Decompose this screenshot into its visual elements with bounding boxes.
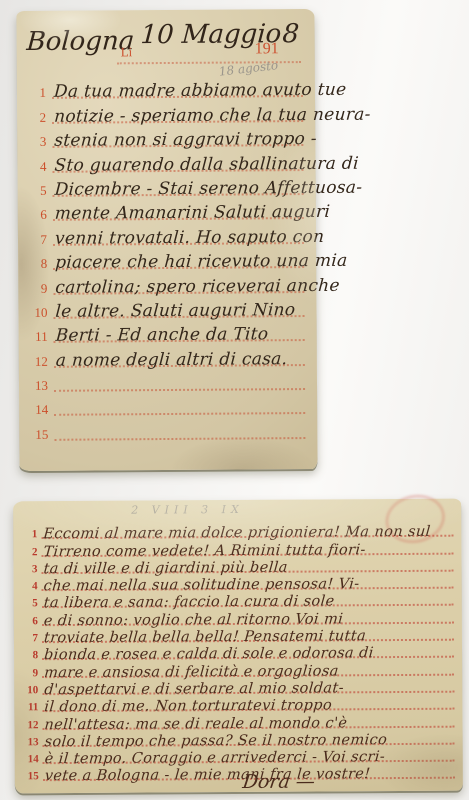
handwritten-text: le altre. Saluti auguri Nino xyxy=(55,300,296,322)
line-number: 11 xyxy=(24,701,38,713)
ruled-line: 7venni trovatali. Ho saputo con xyxy=(30,223,306,249)
ruled-lines-bottom: 1Eccomi al mare mia dolce prigioniera! M… xyxy=(23,522,455,784)
dotted-rule xyxy=(54,413,305,417)
ruled-line: 8piacere che hai ricevuto una mia xyxy=(30,248,306,274)
handwritten-text: venni trovatali. Ho saputo con xyxy=(54,227,325,249)
line-number: 12 xyxy=(31,354,48,370)
line-number: 8 xyxy=(24,650,38,662)
handwritten-text: mente Amanarini Saluti auguri xyxy=(54,202,331,224)
ruled-lines-top: 1Da tua madre abbiamo avuto tue2notizie … xyxy=(29,77,308,445)
ruled-line: 6mente Amanarini Saluti auguri xyxy=(30,199,306,225)
line-number: 1 xyxy=(23,529,37,541)
handwritten-text: piacere che hai ricevuto una mia xyxy=(55,251,349,273)
line-number: 6 xyxy=(24,615,38,627)
handwritten-text: cartolina; spero riceverai anche xyxy=(55,275,341,297)
ruled-line: 3stenia non si aggravi troppo - xyxy=(29,126,305,152)
handwritten-year-digit: 8 xyxy=(282,19,300,49)
line-number: 15 xyxy=(31,427,48,443)
line-number: 14 xyxy=(31,402,48,418)
handwritten-text: stenia non si aggravi troppo - xyxy=(54,129,318,151)
handwritten-text: Sto guarendo dalla sballinatura di xyxy=(54,153,360,175)
ruled-line: 15vete a Bologna - le mie mani fra le vo… xyxy=(25,764,455,784)
line-number: 4 xyxy=(24,580,38,592)
handwritten-text: notizie - speriamo che la tua neura- xyxy=(54,104,372,126)
line-number: 3 xyxy=(29,134,46,150)
postcard-bottom: 2 VIII 3 IX 1Eccomi al mare mia dolce pr… xyxy=(13,499,463,794)
line-number: 4 xyxy=(29,158,46,174)
handwritten-text: Berti - Ed anche da Tito xyxy=(55,325,269,346)
handwritten-signature: Dora — xyxy=(242,771,317,793)
line-number: 12 xyxy=(24,719,38,731)
line-number: 5 xyxy=(24,598,38,610)
ruled-line: 1Da tua madre abbiamo avuto tue xyxy=(29,77,305,103)
photo-background: Bologna Li 10 Maggio 191 8 18 agosto 1Da… xyxy=(0,0,469,800)
line-number: 2 xyxy=(29,110,46,126)
dotted-rule xyxy=(54,388,305,392)
line-number: 9 xyxy=(30,280,47,296)
line-number: 1 xyxy=(29,85,46,101)
line-number: 2 xyxy=(23,546,37,558)
line-number: 6 xyxy=(30,207,47,223)
ruled-line: 12a nome degli altri di casa. xyxy=(31,345,307,371)
printed-year-prefix: 191 xyxy=(255,40,279,58)
line-number: 9 xyxy=(24,667,38,679)
line-number: 13 xyxy=(31,378,48,394)
ruled-line: 4Sto guarendo dalla sballinatura di xyxy=(29,150,305,176)
ruled-line: 14 xyxy=(31,394,307,420)
line-number: 10 xyxy=(24,684,38,696)
handwritten-text: vete a Bologna - le mie mani fra le vost… xyxy=(44,767,371,785)
handwritten-text: a nome degli altri di casa. xyxy=(55,349,288,371)
ruled-line: 11Berti - Ed anche da Tito xyxy=(31,321,307,347)
postcard-top: Bologna Li 10 Maggio 191 8 18 agosto 1Da… xyxy=(16,9,317,471)
line-number: 10 xyxy=(30,305,47,321)
handwritten-text: Dicembre - Stai sereno Affettuosa- xyxy=(54,178,363,200)
line-number: 13 xyxy=(25,736,39,748)
line-number: 5 xyxy=(30,183,47,199)
ruled-line: 2notizie - speriamo che la tua neura- xyxy=(29,101,305,127)
line-number: 7 xyxy=(30,232,47,248)
line-number: 7 xyxy=(24,632,38,644)
ruled-line: 13 xyxy=(31,370,307,396)
printed-li-label: Li xyxy=(121,44,133,60)
postcard-top-header: Bologna Li 10 Maggio 191 8 18 agosto xyxy=(16,9,314,81)
handwritten-text: Da tua madre abbiamo avuto tue xyxy=(53,80,347,102)
ruled-line: 10le altre. Saluti auguri Nino xyxy=(30,297,306,323)
dotted-rule xyxy=(54,437,305,441)
ruled-line: 5Dicembre - Stai sereno Affettuosa- xyxy=(30,175,306,201)
ruled-line: 9cartolina; spero riceverai anche xyxy=(30,272,306,298)
line-number: 11 xyxy=(31,329,48,345)
pencil-inventory-marks: 2 VIII 3 IX xyxy=(131,503,244,517)
line-number: 8 xyxy=(30,256,47,272)
line-number: 14 xyxy=(25,753,39,765)
line-number: 3 xyxy=(23,563,37,575)
ruled-line: 15 xyxy=(31,418,307,444)
line-number: 15 xyxy=(25,771,39,783)
